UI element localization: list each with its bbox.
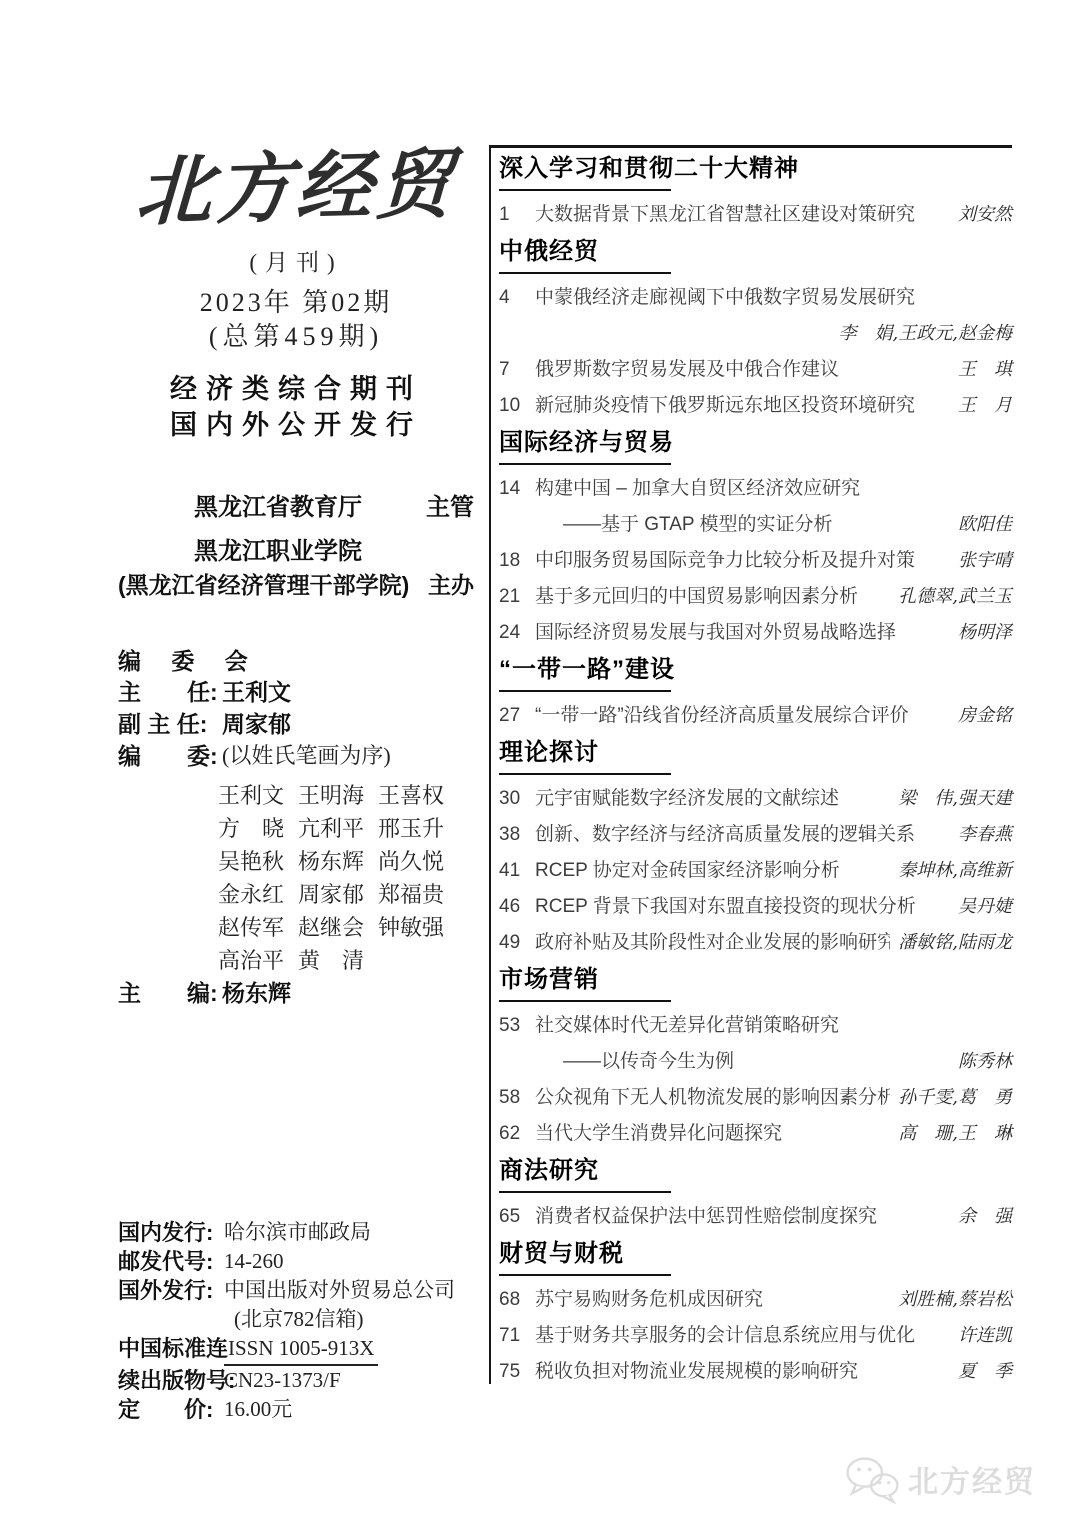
members-sort-note: (以姓氏笔画为序) — [222, 740, 391, 772]
toc-article-row: 65消费者权益保护法中惩罚性赔偿制度探究余 强 — [499, 1204, 1012, 1229]
toc-heading-underline — [499, 463, 671, 465]
watermark-text: 北方经贸 — [908, 1457, 1036, 1501]
toc-article-authors: 李春燕 — [950, 822, 1012, 847]
board-members-label-row: 编 委: (以姓氏笔画为序) — [118, 740, 474, 772]
toc-article-authors: 李 娟,王政元,赵金梅 — [831, 321, 1012, 346]
toc-article-title: 税收负担对物流业发展规模的影响研究 — [535, 1359, 950, 1384]
toc-article-title: 基于财务共享服务的会计信息系统应用与优化 — [535, 1323, 950, 1348]
toc-article-authors: 杨明泽 — [950, 620, 1012, 645]
toc-heading-underline — [499, 690, 671, 692]
toc-article-title: 俄罗斯数字贸易发展及中俄合作建议 — [535, 357, 950, 382]
journal-issue-total: (总第459期) — [118, 316, 474, 353]
toc-article-title: 当代大学生消费异化问题探究 — [535, 1121, 890, 1146]
toc-article-row: 68苏宁易购财务危机成因研究刘胜楠,蔡岩松 — [499, 1287, 1012, 1312]
toc-article-row: 27“一带一路”沿线省份经济高质量发展综合评价房金铭 — [499, 703, 1012, 728]
toc-article-row: 71基于财务共享服务的会计信息系统应用与优化许连凯 — [499, 1323, 1012, 1348]
board-member-name: 钟敏强 — [378, 911, 458, 944]
journal-tagline-category: 经济类综合期刊 — [118, 367, 474, 406]
toc-article-title: 创新、数字经济与经济高质量发展的逻辑关系 — [535, 822, 950, 847]
toc-article-title: 基于多元回归的中国贸易影响因素分析 — [535, 584, 890, 609]
organizer-row: (黑龙江省经济管理干部学院) 主办 — [118, 567, 474, 600]
publication-value: (北京782信箱) — [234, 1305, 364, 1334]
board-member-list: 王利文王明海王喜权方 晓亢利平邢玉升吴艳秋杨东辉尚久悦金永红周家郁郑福贵赵传军赵… — [218, 779, 474, 977]
toc-article-authors: 王 琪 — [950, 357, 1012, 382]
toc-article-row: 62当代大学生消费异化问题探究高 珊,王 琳 — [499, 1121, 1012, 1146]
toc-article-row: 21基于多元回归的中国贸易影响因素分析孔德翠,武兰玉 — [499, 584, 1012, 609]
toc-section: 财贸与财税68苏宁易购财务危机成因研究刘胜楠,蔡岩松71基于财务共享服务的会计信… — [499, 1240, 1012, 1384]
board-member-row: 吴艳秋杨东辉尚久悦 — [218, 845, 474, 878]
toc-page-number: 14 — [499, 476, 535, 501]
publication-label: 定 价: — [118, 1395, 224, 1424]
director-label: 主 任: — [118, 676, 222, 708]
journal-logo: 北方经贸 — [116, 135, 476, 244]
toc-page-number: 68 — [499, 1287, 535, 1312]
toc-article-row: 14构建中国 – 加拿大自贸区经济效应研究 — [499, 476, 1012, 501]
board-member-row: 方 晓亢利平邢玉升 — [218, 812, 474, 845]
board-member-name: 金永红 — [218, 878, 298, 911]
toc-article-authors-row: 李 娟,王政元,赵金梅 — [499, 321, 1012, 346]
toc-section-heading: 商法研究 — [499, 1157, 1012, 1185]
toc-article-title: 社交媒体时代无差异化营销策略研究 — [535, 1013, 1012, 1038]
toc-article-subtitle-row: ——以传奇今生为例陈秀林 — [499, 1049, 1012, 1074]
board-member-name: 郑福贵 — [378, 878, 458, 911]
publication-row: (北京782信箱) — [118, 1305, 474, 1334]
board-member-name: 周家郁 — [298, 878, 378, 911]
organizer-alt-name: (黑龙江省经济管理干部学院) — [118, 567, 409, 600]
toc-heading-underline — [499, 272, 671, 274]
toc-article-authors: 吴丹婕 — [950, 894, 1012, 919]
supervisor-row: 黑龙江省教育厅 主管 — [118, 487, 474, 522]
toc-article-authors: 房金铭 — [950, 703, 1012, 728]
toc-article-title: 中印服务贸易国际竞争力比较分析及提升对策 — [535, 548, 950, 573]
toc-section-heading: 理论探讨 — [499, 739, 1012, 767]
publication-label — [118, 1305, 224, 1334]
toc-article-authors: 潘敏铭,陆雨龙 — [890, 930, 1012, 955]
board-member-row: 王利文王明海王喜权 — [218, 779, 474, 812]
toc-article-row: 10新冠肺炎疫情下俄罗斯远东地区投资环境研究王 月 — [499, 393, 1012, 418]
editorial-board-title: 编 委 会 — [118, 646, 474, 676]
toc-page-number: 24 — [499, 620, 535, 645]
toc-article-authors: 许连凯 — [950, 1323, 1012, 1348]
toc-article-row: 46RCEP 背景下我国对东盟直接投资的现状分析吴丹婕 — [499, 894, 1012, 919]
toc-article-title: 公众视角下无人机物流发展的影响因素分析 — [535, 1085, 890, 1110]
toc-article-title: RCEP 协定对金砖国家经济影响分析 — [535, 858, 890, 883]
board-member-name: 赵传军 — [218, 911, 298, 944]
toc-page-number: 30 — [499, 786, 535, 811]
toc-section-heading: 国际经济与贸易 — [499, 429, 1012, 457]
publication-label: 中国标准连 — [118, 1334, 224, 1366]
toc-article-row: 18中印服务贸易国际竞争力比较分析及提升对策张宇晴 — [499, 548, 1012, 573]
toc-article-authors: 张宇晴 — [950, 548, 1012, 573]
toc-article-title: 构建中国 – 加拿大自贸区经济效应研究 — [535, 476, 1012, 501]
toc-section: 理论探讨30元宇宙赋能数字经济发展的文献综述梁 伟,强天建38创新、数字经济与经… — [499, 739, 1012, 955]
toc-heading-underline — [499, 773, 671, 775]
toc-page-number: 21 — [499, 584, 535, 609]
toc-article-row: 24国际经济贸易发展与我国对外贸易战略选择杨明泽 — [499, 620, 1012, 645]
toc-section-heading: “一带一路”建设 — [499, 656, 1012, 684]
toc-article-row: 41RCEP 协定对金砖国家经济影响分析秦坤林,高维新 — [499, 858, 1012, 883]
toc-section: 深入学习和贯彻二十大精神1大数据背景下黑龙江省智慧社区建设对策研究刘安然 — [499, 155, 1012, 227]
publication-row: 邮发代号:14-260 — [118, 1247, 474, 1276]
toc-page-number: 38 — [499, 822, 535, 847]
toc-article-authors: 孔德翠,武兰玉 — [890, 584, 1012, 609]
toc-section-heading: 深入学习和贯彻二十大精神 — [499, 155, 1012, 183]
toc-article-authors: 刘胜楠,蔡岩松 — [890, 1287, 1012, 1312]
toc-section: 市场营销53社交媒体时代无差异化营销策略研究——以传奇今生为例陈秀林58公众视角… — [499, 966, 1012, 1146]
publication-value: 14-260 — [224, 1247, 284, 1276]
toc-article-row: 75税收负担对物流业发展规模的影响研究夏 季 — [499, 1359, 1012, 1384]
organizer-role: 主办 — [428, 567, 474, 600]
publication-value: 16.00元 — [224, 1395, 292, 1424]
board-member-name: 赵继会 — [298, 911, 378, 944]
organizer-name: 黑龙江职业学院 — [118, 531, 474, 566]
board-member-name: 王利文 — [218, 779, 298, 812]
toc-section: 中俄经贸4中蒙俄经济走廊视阈下中俄数字贸易发展研究李 娟,王政元,赵金梅7俄罗斯… — [499, 238, 1012, 418]
toc-article-title: “一带一路”沿线省份经济高质量发展综合评价 — [535, 703, 950, 728]
supervisor-name: 黑龙江省教育厅 — [194, 487, 362, 522]
deputy-director-label: 副 主 任: — [118, 708, 222, 740]
toc-page-number: 71 — [499, 1323, 535, 1348]
toc-article-authors: 刘安然 — [950, 202, 1012, 227]
toc-page-number: 10 — [499, 393, 535, 418]
board-member-name: 邢玉升 — [378, 812, 458, 845]
publication-row: 定 价:16.00元 — [118, 1395, 474, 1424]
publication-label: 国外发行: — [118, 1276, 224, 1305]
toc-page-number: 41 — [499, 858, 535, 883]
publication-row: 中国标准连ISSN 1005-913X — [118, 1334, 474, 1366]
journal-frequency: (月刊) — [118, 244, 474, 277]
toc-article-subtitle: ——以传奇今生为例 — [563, 1049, 734, 1074]
board-member-name: 黄 清 — [298, 944, 378, 977]
members-label: 编 委: — [118, 740, 222, 772]
toc-article-row: 58公众视角下无人机物流发展的影响因素分析孙千雯,葛 勇 — [499, 1085, 1012, 1110]
chief-editor-label: 主 编: — [118, 977, 222, 1009]
journal-info-panel: 北方经贸 (月刊) 2023年 第02期 (总第459期) 经济类综合期刊 国内… — [118, 140, 474, 1520]
toc-page-number: 62 — [499, 1121, 535, 1146]
wechat-icon — [843, 1454, 901, 1504]
toc-page-number: 75 — [499, 1359, 535, 1384]
table-of-contents: 深入学习和贯彻二十大精神1大数据背景下黑龙江省智慧社区建设对策研究刘安然中俄经贸… — [489, 145, 1012, 1384]
publication-label: 邮发代号: — [118, 1247, 224, 1276]
toc-article-row: 4中蒙俄经济走廊视阈下中俄数字贸易发展研究 — [499, 285, 1012, 310]
board-member-row: 高治平黄 清 — [218, 944, 474, 977]
toc-page-number: 58 — [499, 1085, 535, 1110]
board-member-name: 高治平 — [218, 944, 298, 977]
toc-section: 商法研究65消费者权益保护法中惩罚性赔偿制度探究余 强 — [499, 1157, 1012, 1229]
board-member-name: 杨东辉 — [298, 845, 378, 878]
toc-heading-underline — [499, 1000, 671, 1002]
toc-section-heading: 市场营销 — [499, 966, 1012, 994]
toc-page-number: 27 — [499, 703, 535, 728]
board-deputy-row: 副 主 任: 周家郁 — [118, 708, 474, 740]
toc-page-number: 46 — [499, 894, 535, 919]
toc-article-title: 苏宁易购财务危机成因研究 — [535, 1287, 890, 1312]
toc-article-row: 30元宇宙赋能数字经济发展的文献综述梁 伟,强天建 — [499, 786, 1012, 811]
board-member-name: 王喜权 — [378, 779, 458, 812]
toc-heading-underline — [499, 1274, 671, 1276]
journal-tagline-distribution: 国内外公开发行 — [118, 403, 474, 442]
toc-article-authors: 余 强 — [950, 1204, 1012, 1229]
toc-section-heading: 中俄经贸 — [499, 238, 1012, 266]
publication-row: 续出版物号:CN23-1373/F — [118, 1366, 474, 1395]
board-member-row: 赵传军赵继会钟敏强 — [218, 911, 474, 944]
toc-article-subtitle-row: ——基于 GTAP 模型的实证分析欧阳佳 — [499, 512, 1012, 537]
publication-label: 续出版物号: — [118, 1366, 224, 1395]
board-member-row: 金永红周家郁郑福贵 — [218, 878, 474, 911]
toc-section-heading: 财贸与财税 — [499, 1240, 1012, 1268]
editorial-board: 编 委 会 主 任: 王利文 副 主 任: 周家郁 编 委: (以姓氏笔画为序)… — [118, 646, 474, 1009]
toc-article-title: 政府补贴及其阶段性对企业发展的影响研究 — [535, 930, 890, 955]
toc-article-authors: 梁 伟,强天建 — [890, 786, 1012, 811]
toc-page-number: 7 — [499, 357, 535, 382]
supervisor-role: 主管 — [426, 487, 474, 522]
toc-article-title: 消费者权益保护法中惩罚性赔偿制度探究 — [535, 1204, 950, 1229]
board-member-name: 亢利平 — [298, 812, 378, 845]
toc-heading-underline — [499, 1191, 671, 1193]
journal-issue-number: 2023年 第02期 — [118, 282, 474, 319]
toc-article-row: 53社交媒体时代无差异化营销策略研究 — [499, 1013, 1012, 1038]
toc-page-number: 49 — [499, 930, 535, 955]
toc-page-number: 53 — [499, 1013, 535, 1038]
toc-page-number: 1 — [499, 202, 535, 227]
publication-row: 国外发行:中国出版对外贸易总公司 — [118, 1276, 474, 1305]
toc-page-number: 18 — [499, 548, 535, 573]
toc-article-title: 新冠肺炎疫情下俄罗斯远东地区投资环境研究 — [535, 393, 950, 418]
board-member-name: 王明海 — [298, 779, 378, 812]
publication-label: 国内发行: — [118, 1218, 224, 1247]
toc-page-number: 65 — [499, 1204, 535, 1229]
publication-info: 国内发行:哈尔滨市邮政局邮发代号:14-260国外发行:中国出版对外贸易总公司(… — [118, 1218, 474, 1424]
publication-value: CN23-1373/F — [224, 1366, 341, 1395]
wechat-watermark: 北方经贸 — [843, 1448, 1028, 1510]
board-member-name: 吴艳秋 — [218, 845, 298, 878]
toc-section: 国际经济与贸易14构建中国 – 加拿大自贸区经济效应研究——基于 GTAP 模型… — [499, 429, 1012, 645]
toc-article-title: 国际经济贸易发展与我国对外贸易战略选择 — [535, 620, 950, 645]
toc-article-authors: 欧阳佳 — [950, 512, 1012, 537]
toc-article-row: 1大数据背景下黑龙江省智慧社区建设对策研究刘安然 — [499, 202, 1012, 227]
toc-page-number: 4 — [499, 285, 535, 310]
deputy-director-name: 周家郁 — [222, 708, 291, 740]
toc-article-subtitle: ——基于 GTAP 模型的实证分析 — [563, 512, 833, 537]
toc-heading-underline — [499, 189, 671, 191]
toc-article-row: 49政府补贴及其阶段性对企业发展的影响研究潘敏铭,陆雨龙 — [499, 930, 1012, 955]
toc-article-authors: 陈秀林 — [950, 1049, 1012, 1074]
toc-article-title: 大数据背景下黑龙江省智慧社区建设对策研究 — [535, 202, 950, 227]
toc-article-authors: 秦坤林,高维新 — [890, 858, 1012, 883]
toc-article-row: 7俄罗斯数字贸易发展及中俄合作建议王 琪 — [499, 357, 1012, 382]
board-member-name: 尚久悦 — [378, 845, 458, 878]
toc-article-row: 38创新、数字经济与经济高质量发展的逻辑关系李春燕 — [499, 822, 1012, 847]
publication-value: 中国出版对外贸易总公司 — [224, 1276, 455, 1305]
publication-value: ISSN 1005-913X — [224, 1334, 378, 1366]
board-member-name: 方 晓 — [218, 812, 298, 845]
toc-article-authors: 王 月 — [950, 393, 1012, 418]
publication-value: 哈尔滨市邮政局 — [224, 1218, 371, 1247]
chief-editor-name: 杨东辉 — [222, 977, 291, 1009]
toc-article-authors: 高 珊,王 琳 — [890, 1121, 1012, 1146]
toc-article-title: 元宇宙赋能数字经济发展的文献综述 — [535, 786, 890, 811]
toc-article-title: RCEP 背景下我国对东盟直接投资的现状分析 — [535, 894, 950, 919]
toc-article-title: 中蒙俄经济走廊视阈下中俄数字贸易发展研究 — [535, 285, 1012, 310]
director-name: 王利文 — [222, 676, 291, 708]
publication-row: 国内发行:哈尔滨市邮政局 — [118, 1218, 474, 1247]
toc-section: “一带一路”建设27“一带一路”沿线省份经济高质量发展综合评价房金铭 — [499, 656, 1012, 728]
board-chief-row: 主 编: 杨东辉 — [118, 977, 474, 1009]
board-director-row: 主 任: 王利文 — [118, 676, 474, 708]
toc-article-authors: 孙千雯,葛 勇 — [890, 1085, 1012, 1110]
toc-article-authors: 夏 季 — [950, 1359, 1012, 1384]
